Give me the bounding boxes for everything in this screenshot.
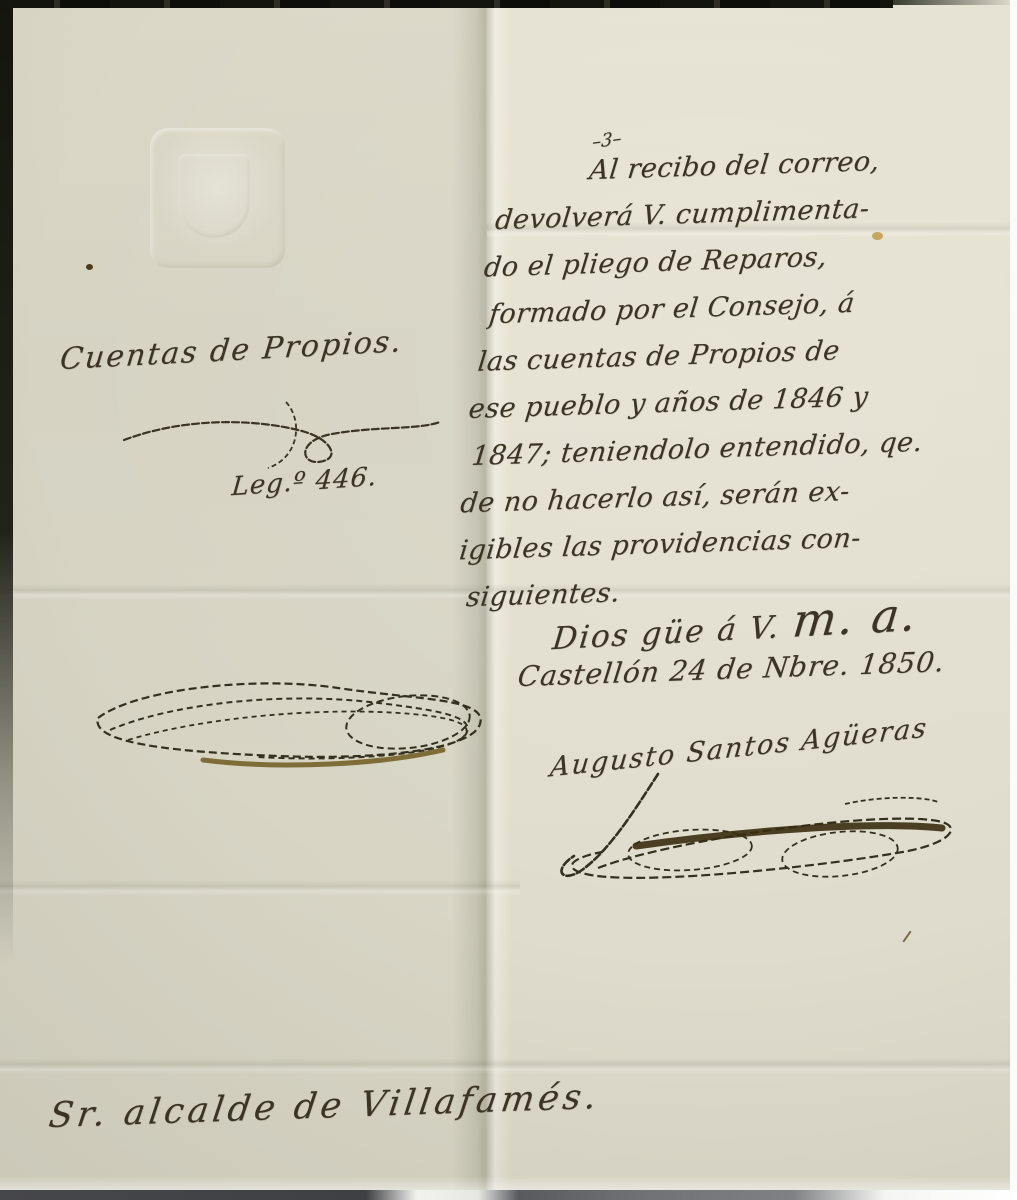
- scan-edge-top-fade: [893, 0, 1017, 5]
- seal-shield-shape: [178, 154, 250, 238]
- scan-edge-left: [0, 0, 13, 965]
- scan-edge-top: [0, 0, 893, 8]
- valediction-flourish-text: m. a.: [790, 587, 920, 648]
- rubric-flourish: [78, 660, 498, 795]
- scan-edge-bottom: [0, 1190, 1017, 1200]
- paper-bottom-edge: [0, 1176, 1017, 1190]
- letter-scan: Cuentas de Propios. Leg.º 446. –3– Al re…: [0, 0, 1017, 1200]
- letter-body: Al recibo del correo, devolverá V. cumpl…: [446, 134, 1013, 622]
- scan-edge-right: [1010, 0, 1017, 1200]
- signature-rubric: [540, 772, 960, 892]
- embossed-seal-icon: [150, 128, 285, 268]
- docket-underline-flourish: [118, 396, 448, 476]
- ink-dot: [86, 264, 93, 270]
